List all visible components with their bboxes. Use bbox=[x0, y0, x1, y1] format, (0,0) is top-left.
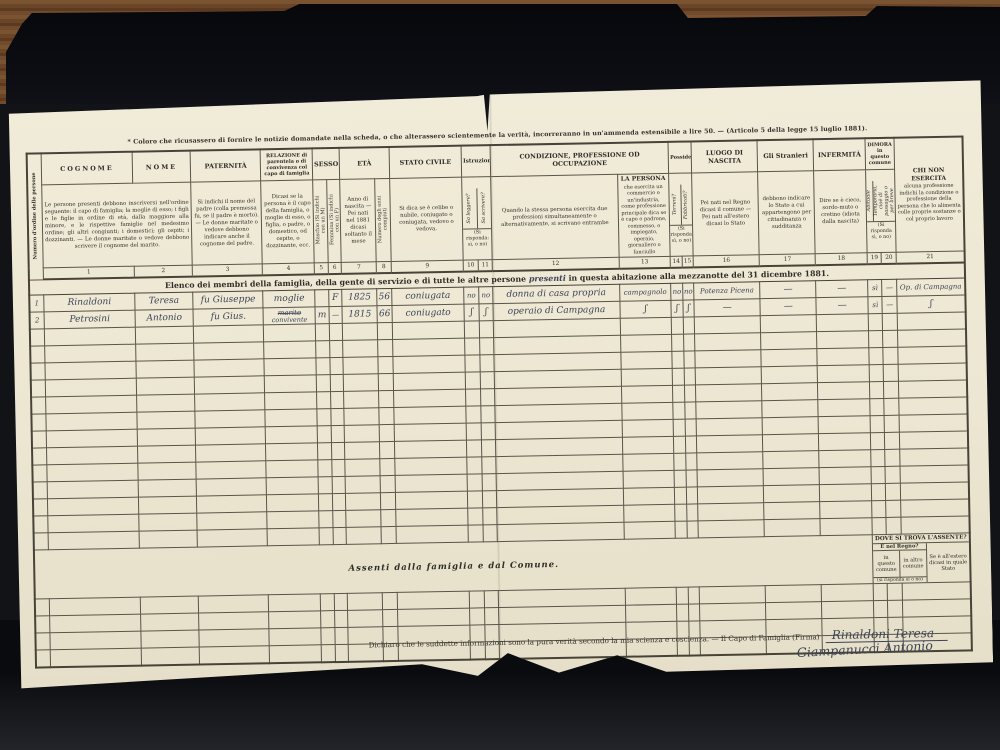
empty-cell bbox=[395, 457, 468, 475]
empty-cell bbox=[873, 601, 888, 618]
empty-cell bbox=[482, 508, 497, 525]
empty-cell bbox=[332, 477, 346, 494]
empty-cell bbox=[33, 499, 48, 516]
empty-cell bbox=[35, 616, 50, 633]
col-header-relazione: RELAZIONE di parentela o di convivenza c… bbox=[261, 148, 313, 180]
empty-cell bbox=[316, 324, 330, 341]
empty-cell bbox=[685, 436, 697, 453]
empty-cell bbox=[696, 401, 763, 419]
empty-cell bbox=[195, 393, 266, 411]
empty-cell bbox=[196, 478, 267, 496]
empty-cell bbox=[480, 389, 495, 406]
empty-cell bbox=[139, 496, 197, 514]
colnum-10: 10 bbox=[463, 260, 478, 272]
empty-cell bbox=[36, 650, 51, 668]
empty-cell bbox=[383, 593, 398, 610]
empty-cell bbox=[672, 368, 684, 385]
census-table: Numero d'ordine delle persone COGNOME NO… bbox=[26, 135, 973, 668]
empty-cell bbox=[33, 516, 48, 533]
empty-cell bbox=[481, 406, 496, 423]
empty-cell bbox=[870, 416, 885, 433]
empty-cell bbox=[480, 355, 495, 372]
cell-infermita: — bbox=[816, 280, 868, 298]
empty-cell bbox=[378, 357, 393, 374]
empty-cell bbox=[699, 586, 766, 604]
cell-scrive: no bbox=[478, 287, 493, 304]
empty-cell bbox=[901, 499, 970, 517]
absent-q1-label: in questo comune bbox=[873, 551, 900, 577]
empty-cell bbox=[318, 460, 332, 477]
empty-cell bbox=[820, 484, 872, 502]
empty-cell bbox=[330, 358, 344, 375]
empty-cell bbox=[885, 415, 900, 432]
empty-cell bbox=[267, 511, 319, 529]
empty-cell bbox=[697, 452, 764, 470]
empty-cell bbox=[47, 480, 138, 499]
colnum-11: 11 bbox=[478, 260, 493, 272]
empty-cell bbox=[884, 381, 899, 398]
empty-cell bbox=[883, 314, 898, 331]
empty-cell bbox=[378, 323, 393, 340]
empty-cell bbox=[622, 437, 674, 455]
empty-cell bbox=[467, 474, 482, 491]
col-header-istruzione: Istruzione bbox=[461, 145, 491, 177]
empty-cell bbox=[137, 411, 195, 429]
empty-cell bbox=[869, 331, 884, 348]
empty-cell bbox=[321, 611, 335, 628]
empty-cell bbox=[764, 502, 820, 520]
empty-cell bbox=[50, 648, 141, 667]
empty-cell bbox=[329, 324, 343, 341]
empty-cell bbox=[869, 382, 884, 399]
empty-cell bbox=[620, 352, 672, 370]
absent-estero-label: Se è all'estero dicasi in quale Stato bbox=[927, 543, 970, 583]
col-header-stranieri: Gli Stranieri bbox=[757, 139, 813, 172]
cell-terreni: ʃ bbox=[671, 300, 683, 317]
empty-cell bbox=[817, 348, 869, 366]
empty-cell bbox=[623, 471, 675, 489]
empty-cell bbox=[465, 372, 480, 389]
empty-cell bbox=[269, 611, 321, 629]
empty-cell bbox=[198, 595, 269, 613]
empty-cell bbox=[620, 318, 672, 336]
empty-cell bbox=[196, 461, 267, 479]
empty-cell bbox=[31, 380, 46, 397]
empty-cell bbox=[481, 423, 496, 440]
empty-cell bbox=[35, 599, 50, 616]
col-header-eta: ETÀ bbox=[339, 147, 389, 179]
empty-cell bbox=[264, 358, 316, 376]
empty-cell bbox=[379, 374, 394, 391]
empty-cell bbox=[688, 587, 700, 604]
empty-cell bbox=[762, 417, 818, 435]
empty-cell bbox=[32, 465, 47, 482]
empty-cell bbox=[684, 368, 696, 385]
empty-cell bbox=[196, 444, 267, 462]
empty-cell bbox=[883, 348, 898, 365]
empty-cell bbox=[816, 314, 868, 332]
empty-cell bbox=[381, 493, 396, 510]
cell-persona: ʃ bbox=[619, 301, 671, 319]
col-header-nome: NOME bbox=[132, 151, 191, 184]
empty-cell bbox=[819, 450, 871, 468]
dimora-temporaria-label: Temporaria, cioè di passaggio o per brev… bbox=[873, 180, 896, 220]
empty-cell bbox=[137, 394, 195, 412]
empty-cell bbox=[269, 628, 321, 646]
empty-cell bbox=[763, 451, 819, 469]
empty-cell bbox=[319, 494, 333, 511]
empty-cell bbox=[139, 513, 197, 531]
empty-cell bbox=[344, 391, 379, 409]
empty-cell bbox=[50, 631, 141, 650]
empty-cell bbox=[331, 426, 345, 443]
empty-cell bbox=[625, 588, 677, 606]
empty-cell bbox=[396, 525, 469, 543]
empty-cell bbox=[342, 323, 377, 341]
empty-cell bbox=[317, 409, 331, 426]
colnum-19: 19 bbox=[867, 253, 882, 265]
empty-cell bbox=[335, 645, 349, 663]
cell-cognome: Petrosini bbox=[44, 310, 135, 329]
empty-cell bbox=[819, 467, 871, 485]
empty-cell bbox=[45, 344, 136, 363]
absent-note: (si risponda sì o no) bbox=[874, 577, 927, 584]
empty-cell bbox=[331, 443, 345, 460]
empty-cell bbox=[396, 508, 469, 526]
empty-cell bbox=[698, 503, 765, 521]
persona-instructions: LA PERSONA che esercita un commercio o u… bbox=[617, 173, 670, 257]
empty-cell bbox=[625, 605, 677, 623]
colnum-13: 13 bbox=[619, 257, 671, 269]
empty-cell bbox=[345, 476, 380, 494]
dimora-note: (Si risponda sì, o no) bbox=[867, 221, 895, 242]
empty-cell bbox=[31, 397, 46, 414]
empty-cell bbox=[761, 315, 817, 333]
cognome-instructions: Le persone presenti debbono inscriversi … bbox=[42, 182, 193, 268]
empty-cell bbox=[141, 613, 199, 631]
empty-cell bbox=[899, 414, 968, 432]
empty-cell bbox=[392, 338, 465, 356]
empty-cell bbox=[466, 389, 481, 406]
empty-cell bbox=[343, 357, 378, 375]
empty-cell bbox=[818, 416, 870, 434]
possidente-note: (Si risponda: sì, o no) bbox=[670, 224, 692, 245]
empty-cell bbox=[673, 402, 685, 419]
empty-cell bbox=[482, 457, 497, 474]
empty-cell bbox=[346, 510, 381, 528]
empty-cell bbox=[872, 501, 887, 518]
empty-cell bbox=[321, 645, 335, 663]
stranieri-instructions: debbono indicare lo Stato a cui apparten… bbox=[758, 171, 815, 255]
empty-cell bbox=[30, 346, 45, 363]
empty-cell bbox=[683, 334, 695, 351]
empty-cell bbox=[47, 446, 138, 465]
cell-straniero: — bbox=[760, 281, 816, 299]
cell-legge: ʃ bbox=[464, 304, 479, 321]
col-header-stato-civile: STATO CIVILE bbox=[389, 146, 462, 179]
empty-cell bbox=[379, 391, 394, 408]
empty-cell bbox=[900, 465, 969, 483]
empty-cell bbox=[675, 504, 687, 521]
cell-anno: 1825 bbox=[342, 289, 377, 307]
colnum-6: 6 bbox=[328, 263, 342, 275]
cell-paternita: fu Gius. bbox=[193, 308, 264, 326]
empty-cell bbox=[818, 382, 870, 400]
empty-cell bbox=[821, 584, 873, 602]
empty-cell bbox=[871, 450, 886, 467]
empty-cell bbox=[902, 582, 971, 600]
empty-cell bbox=[762, 400, 818, 418]
empty-cell bbox=[197, 512, 268, 530]
empty-cell bbox=[380, 459, 395, 476]
empty-cell bbox=[470, 608, 485, 625]
empty-cell bbox=[481, 440, 496, 457]
cell-legge: no bbox=[464, 287, 479, 304]
empty-cell bbox=[317, 426, 331, 443]
cell-fabbricati: ʃ bbox=[683, 300, 695, 317]
istruzione-sublabels: Sa leggere? Sa scrivere? (Si risponda: s… bbox=[462, 177, 492, 261]
empty-cell bbox=[266, 426, 318, 444]
empty-cell bbox=[885, 432, 900, 449]
empty-cell bbox=[141, 647, 199, 666]
empty-cell bbox=[45, 361, 136, 380]
stato-civile-instructions: Si dica se è celibe o nubile, coniugato … bbox=[389, 177, 463, 262]
empty-cell bbox=[381, 527, 396, 544]
empty-cell bbox=[393, 355, 466, 373]
empty-cell bbox=[817, 331, 869, 349]
colnum-17: 17 bbox=[759, 254, 815, 267]
empty-cell bbox=[483, 525, 498, 542]
possidente-sublabels: Terreni? Fabbricati? (Si risponda: sì, o… bbox=[669, 173, 693, 257]
empty-cell bbox=[140, 596, 198, 614]
empty-cell bbox=[344, 425, 379, 443]
empty-cell bbox=[696, 384, 763, 402]
empty-cell bbox=[465, 321, 480, 338]
empty-cell bbox=[199, 629, 270, 647]
empty-cell bbox=[330, 392, 344, 409]
sesso-f-label: Femmina (Si indichi con un F) bbox=[326, 179, 341, 263]
empty-cell bbox=[482, 491, 497, 508]
census-photo: { "colors":{"background":"#121317","wood… bbox=[0, 0, 1000, 750]
empty-cell bbox=[761, 332, 817, 350]
empty-cell bbox=[822, 601, 874, 619]
empty-cell bbox=[466, 406, 481, 423]
empty-cell bbox=[264, 324, 316, 342]
empty-cell bbox=[695, 367, 762, 385]
istruzione-note: (Si risponda: sì, o no) bbox=[463, 228, 491, 249]
empty-cell bbox=[319, 511, 333, 528]
cell-persona: campagnolo bbox=[619, 284, 671, 302]
empty-cell bbox=[686, 504, 698, 521]
empty-cell bbox=[870, 433, 885, 450]
cell-stato: coniugato bbox=[392, 304, 465, 322]
cell-dimora-ab: sì bbox=[868, 297, 883, 314]
empty-cell bbox=[394, 423, 467, 441]
empty-cell bbox=[621, 386, 673, 404]
empty-cell bbox=[621, 403, 673, 421]
empty-cell bbox=[883, 331, 898, 348]
absent-box: DOVE SI TROVA L'ASSENTE? È nel Regno? in… bbox=[873, 534, 970, 584]
cell-sesso-f: — bbox=[329, 307, 343, 324]
empty-cell bbox=[902, 599, 971, 617]
empty-cell bbox=[698, 520, 765, 538]
empty-cell bbox=[331, 409, 345, 426]
empty-cell bbox=[347, 593, 382, 611]
empty-cell bbox=[32, 448, 47, 465]
col-header-condizione: CONDIZIONE, PROFESSIONE OD OCCUPAZIONE bbox=[490, 142, 669, 177]
empty-cell bbox=[697, 469, 764, 487]
empty-cell bbox=[820, 518, 872, 536]
empty-cell bbox=[49, 597, 140, 616]
empty-cell bbox=[199, 646, 270, 665]
empty-cell bbox=[817, 365, 869, 383]
empty-cell bbox=[316, 341, 330, 358]
empty-cell bbox=[346, 527, 381, 545]
condizione-instructions: Quando la stessa persona esercita due pr… bbox=[491, 174, 619, 260]
absent-q2-label: in altro comune bbox=[900, 551, 926, 577]
cell-ordine: 1 bbox=[29, 295, 44, 312]
relazione-instructions: Dicasi se la persona è il capo della fam… bbox=[261, 180, 314, 264]
empty-cell bbox=[673, 385, 685, 402]
empty-cell bbox=[393, 389, 466, 407]
empty-cell bbox=[696, 418, 763, 436]
empty-cell bbox=[700, 603, 767, 621]
empty-cell bbox=[695, 350, 762, 368]
empty-cell bbox=[335, 628, 349, 645]
empty-cell bbox=[820, 501, 872, 519]
empty-cell bbox=[672, 351, 684, 368]
empty-cell bbox=[265, 392, 317, 410]
cell-sesso-m: m bbox=[315, 307, 329, 324]
empty-cell bbox=[197, 529, 268, 547]
cell-stato: coniugata bbox=[391, 287, 464, 305]
col-header-paternita: PATERNITÀ bbox=[190, 149, 261, 182]
empty-cell bbox=[345, 459, 380, 477]
empty-cell bbox=[138, 479, 196, 497]
empty-cell bbox=[35, 633, 50, 650]
empty-cell bbox=[898, 346, 967, 364]
empty-cell bbox=[47, 463, 138, 482]
cell-terreni: no bbox=[671, 283, 683, 300]
cell-sesso-f: F bbox=[328, 290, 342, 307]
empty-cell bbox=[623, 505, 675, 523]
empty-cell bbox=[886, 517, 901, 534]
empty-cell bbox=[136, 360, 194, 378]
empty-cell bbox=[868, 314, 883, 331]
empty-cell bbox=[674, 436, 686, 453]
empty-cell bbox=[684, 351, 696, 368]
empty-cell bbox=[674, 470, 686, 487]
empty-cell bbox=[270, 645, 322, 663]
cell-sesso-m bbox=[315, 290, 329, 307]
empty-cell bbox=[136, 343, 194, 361]
col-header-infermita: INFERMITÀ bbox=[813, 138, 865, 170]
empty-cell bbox=[50, 614, 141, 633]
empty-cell bbox=[479, 338, 494, 355]
empty-cell bbox=[683, 317, 695, 334]
empty-cell bbox=[345, 442, 380, 460]
empty-cell bbox=[318, 477, 332, 494]
colnum-8: 8 bbox=[376, 262, 391, 274]
empty-cell bbox=[676, 587, 688, 604]
empty-cell bbox=[899, 397, 968, 415]
empty-cell bbox=[898, 380, 967, 398]
empty-cell bbox=[379, 425, 394, 442]
empty-cell bbox=[334, 611, 348, 628]
cell-straniero: — bbox=[760, 298, 816, 316]
empty-cell bbox=[685, 453, 697, 470]
empty-cell bbox=[888, 600, 903, 617]
empty-cell bbox=[46, 395, 137, 414]
empty-cell bbox=[684, 385, 696, 402]
empty-cell bbox=[677, 604, 689, 621]
empty-cell bbox=[137, 428, 195, 446]
empty-cell bbox=[763, 468, 819, 486]
empty-cell bbox=[135, 326, 193, 344]
census-sheet: * Coloro che ricusassero di fornire le n… bbox=[7, 79, 994, 697]
empty-cell bbox=[672, 334, 684, 351]
empty-cell bbox=[320, 594, 334, 611]
empty-cell bbox=[334, 594, 348, 611]
empty-cell bbox=[484, 608, 499, 625]
empty-cell bbox=[870, 399, 885, 416]
empty-cell bbox=[380, 442, 395, 459]
empty-cell bbox=[316, 358, 330, 375]
empty-cell bbox=[194, 342, 265, 360]
empty-cell bbox=[818, 399, 870, 417]
chi-desc: alcuna professione indichi la condizione… bbox=[898, 183, 961, 222]
empty-cell bbox=[898, 363, 967, 381]
col-header-dimora: DIMORA in questo comune bbox=[865, 138, 895, 170]
empty-cell bbox=[194, 376, 265, 394]
empty-cell bbox=[394, 440, 467, 458]
empty-cell bbox=[687, 521, 699, 538]
empty-cell bbox=[378, 340, 393, 357]
empty-cell bbox=[267, 494, 319, 512]
empty-cell bbox=[885, 449, 900, 466]
empty-cell bbox=[480, 372, 495, 389]
empty-cell bbox=[763, 434, 819, 452]
empty-cell bbox=[383, 610, 398, 627]
empty-cell bbox=[482, 474, 497, 491]
colnum-15: 15 bbox=[682, 256, 694, 268]
empty-cell bbox=[331, 460, 345, 477]
empty-cell bbox=[46, 429, 137, 448]
empty-cell bbox=[381, 510, 396, 527]
empty-cell bbox=[688, 604, 700, 621]
empty-cell bbox=[199, 612, 270, 630]
empty-cell bbox=[901, 516, 970, 534]
empty-cell bbox=[393, 372, 466, 390]
cell-nome: Teresa bbox=[135, 292, 193, 310]
empty-cell bbox=[397, 608, 470, 626]
empty-cell bbox=[136, 377, 194, 395]
empty-cell bbox=[267, 528, 319, 546]
empty-cell bbox=[30, 329, 45, 346]
empty-cell bbox=[761, 349, 817, 367]
empty-cell bbox=[194, 359, 265, 377]
empty-cell bbox=[900, 448, 969, 466]
cell-luogo: Potenza Picena bbox=[694, 282, 761, 300]
cell-ordine: 2 bbox=[30, 312, 45, 329]
empty-cell bbox=[193, 325, 264, 343]
empty-cell bbox=[32, 431, 47, 448]
cell-anni: 56 bbox=[377, 289, 392, 306]
empty-cell bbox=[267, 477, 319, 495]
cell-chi: Op. di Campagna bbox=[897, 278, 966, 296]
cell-cognome: Rinaldoni bbox=[44, 293, 135, 312]
empty-cell bbox=[31, 414, 46, 431]
